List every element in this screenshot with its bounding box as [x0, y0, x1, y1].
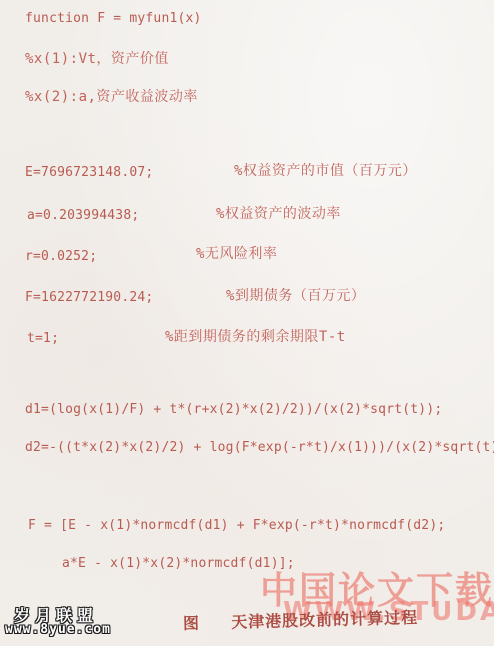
code-line-E: E=7696723148.07;	[25, 164, 153, 182]
site-logo-url: www.8yue.com	[5, 622, 111, 637]
code-line-function: function F = myfun1(x)	[25, 10, 202, 28]
code-line-comment-x1: %x(1):Vt，资产价值	[25, 50, 169, 69]
comment-r: %无风险利率	[196, 245, 277, 264]
comment-F: %到期债务（百万元）	[226, 287, 365, 306]
figure-caption: 图 天津港股改前的计算过程	[183, 605, 419, 634]
figure-label: 图	[183, 614, 201, 633]
figure-caption-text: 天津港股改前的计算过程	[231, 608, 418, 632]
comment-a: %权益资产的波动率	[216, 205, 341, 224]
code-line-d2: d2=-((t*x(2)*x(2)/2) + log(F*exp(-r*t)/x…	[25, 439, 494, 457]
code-line-F-vector: F = [E - x(1)*normcdf(d1) + F*exp(-r*t)*…	[28, 517, 445, 535]
code-line-r: r=0.0252;	[25, 248, 97, 266]
comment-E: %权益资产的市值（百万元）	[234, 162, 417, 181]
comment-t: %距到期债务的剩余期限T-t	[165, 328, 346, 347]
code-line-comment-x2: %x(2):a,资产收益波动率	[25, 88, 198, 107]
code-line-t: t=1;	[27, 330, 59, 348]
code-line-d1: d1=(log(x(1)/F) + t*(r+x(2)*x(2)/2))/(x(…	[25, 401, 442, 419]
code-line-a: a=0.203994438;	[27, 207, 139, 225]
code-line-F: F=1622772190.24;	[25, 289, 153, 307]
scanned-figure-page: function F = myfun1(x) %x(1):Vt，资产价值 %x(…	[0, 0, 494, 646]
